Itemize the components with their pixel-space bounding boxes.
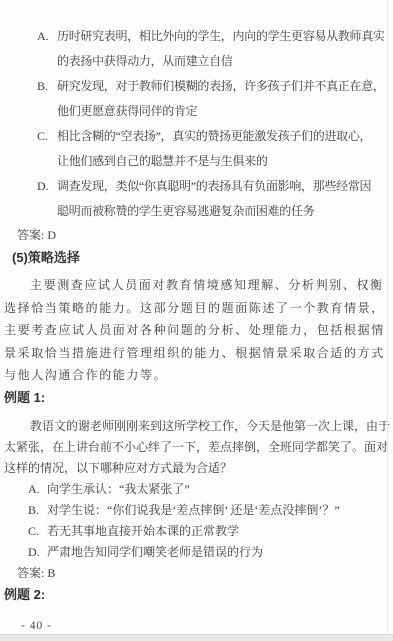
option-item-a: A. 历时研究表明，相比外向的学生，内向的学生更容易从教师真实 的表扬中获得动力… bbox=[4, 24, 389, 74]
option-label: A. bbox=[37, 24, 49, 49]
option-text-line: 他们更愿意获得同伴的肯定 bbox=[57, 99, 389, 124]
section-heading: (5)策略选择 bbox=[12, 246, 389, 270]
stem-line: 太紧张，在上讲台前不小心绊了一下，差点摔倒，全班同学都笑了。面对 bbox=[4, 437, 389, 458]
paragraph-line: 主要测查应试人员面对教育情境感知理解、分析判别、权衡 bbox=[4, 274, 389, 297]
option-item-c: C. 相比含糊的“空表扬”，真实的赞扬更能激发孩子们的进取心， 让他们感到自己的… bbox=[4, 124, 389, 174]
paragraph-line: 景采取恰当措施进行管理组织的能力、根据情景采取合适的方式 bbox=[4, 342, 389, 365]
option-text: 对学生说：“你们说我是‘差点摔倒’ 还是‘差点没摔倒’？” bbox=[47, 503, 340, 517]
section-paragraph: 主要测查应试人员面对教育情境感知理解、分析判别、权衡 选择恰当策略的能力。这部分… bbox=[4, 274, 389, 387]
option-text-line: 调查发现，类似“你真聪明”的表扬具有负面影响，那些经常因 bbox=[57, 174, 389, 199]
page-edge-line bbox=[387, 0, 388, 634]
option-label: D. bbox=[37, 174, 49, 199]
option-text-line: 聪明而被称赞的学生更容易逃避复杂而困难的任务 bbox=[57, 199, 389, 224]
document-page: A. 历时研究表明，相比外向的学生，内向的学生更容易从教师真实 的表扬中获得动力… bbox=[0, 0, 393, 641]
example1-heading: 例题 1: bbox=[4, 387, 389, 408]
paragraph-line: 主要考查应试人员面对各种问题的分析、处理能力，包括根据情 bbox=[4, 319, 389, 342]
option-text: 若无其事地直接开始本课的正常教学 bbox=[47, 524, 239, 538]
option-text-line: 的表扬中获得动力，从而建立自信 bbox=[57, 49, 389, 74]
option-label: C. bbox=[37, 124, 48, 149]
example1-option-a: A. 向学生承认：“我太紧张了” bbox=[4, 479, 389, 500]
page-bottom-edge bbox=[0, 634, 393, 641]
example1-option-c: C. 若无其事地直接开始本课的正常教学 bbox=[4, 521, 389, 542]
option-text: 向学生承认：“我太紧张了” bbox=[47, 482, 190, 496]
page-number: - 40 - bbox=[21, 620, 52, 632]
paragraph-line: 与他人沟通合作的能力等。 bbox=[4, 364, 389, 387]
option-label: B. bbox=[28, 500, 39, 521]
option-label: B. bbox=[37, 74, 48, 99]
option-text-line: 历时研究表明，相比外向的学生，内向的学生更容易从教师真实 bbox=[57, 24, 389, 49]
option-item-b: B. 研究发现，对于教师们模糊的表扬，许多孩子们并不真正在意， 他们更愿意获得同… bbox=[4, 74, 389, 124]
stem-line: 这样的情况，以下哪种应对方式最为合适？ bbox=[4, 458, 389, 479]
answer-line: 答案: B bbox=[17, 563, 389, 584]
example1-stem: 教语文的谢老师刚刚来到这所学校工作，今天是他第一次上课，由于 太紧张，在上讲台前… bbox=[4, 416, 389, 479]
option-label: A. bbox=[28, 479, 40, 500]
example1-option-d: D. 严肃地告知同学们嘲笑老师是错误的行为 bbox=[4, 542, 389, 563]
option-text-line: 研究发现，对于教师们模糊的表扬，许多孩子们并不真正在意， bbox=[57, 74, 389, 99]
option-text-line: 让他们感到自己的聪慧并不是与生俱来的 bbox=[57, 149, 389, 174]
option-item-d: D. 调查发现，类似“你真聪明”的表扬具有负面影响，那些经常因 聪明而被称赞的学… bbox=[4, 174, 389, 224]
example1-option-b: B. 对学生说：“你们说我是‘差点摔倒’ 还是‘差点没摔倒’？” bbox=[4, 500, 389, 521]
page-content: A. 历时研究表明，相比外向的学生，内向的学生更容易从教师真实 的表扬中获得动力… bbox=[0, 0, 393, 605]
example2-heading: 例题 2: bbox=[4, 584, 389, 605]
option-label: C. bbox=[28, 521, 39, 542]
stem-line: 教语文的谢老师刚刚来到这所学校工作，今天是他第一次上课，由于 bbox=[4, 416, 389, 437]
option-label: D. bbox=[28, 542, 40, 563]
option-text-line: 相比含糊的“空表扬”，真实的赞扬更能激发孩子们的进取心， bbox=[57, 124, 389, 149]
option-text: 严肃地告知同学们嘲笑老师是错误的行为 bbox=[47, 545, 263, 559]
answer-line: 答案: D bbox=[17, 224, 389, 246]
paragraph-line: 选择恰当策略的能力。这部分题目的题面陈述了一个教育情景， bbox=[4, 297, 389, 320]
